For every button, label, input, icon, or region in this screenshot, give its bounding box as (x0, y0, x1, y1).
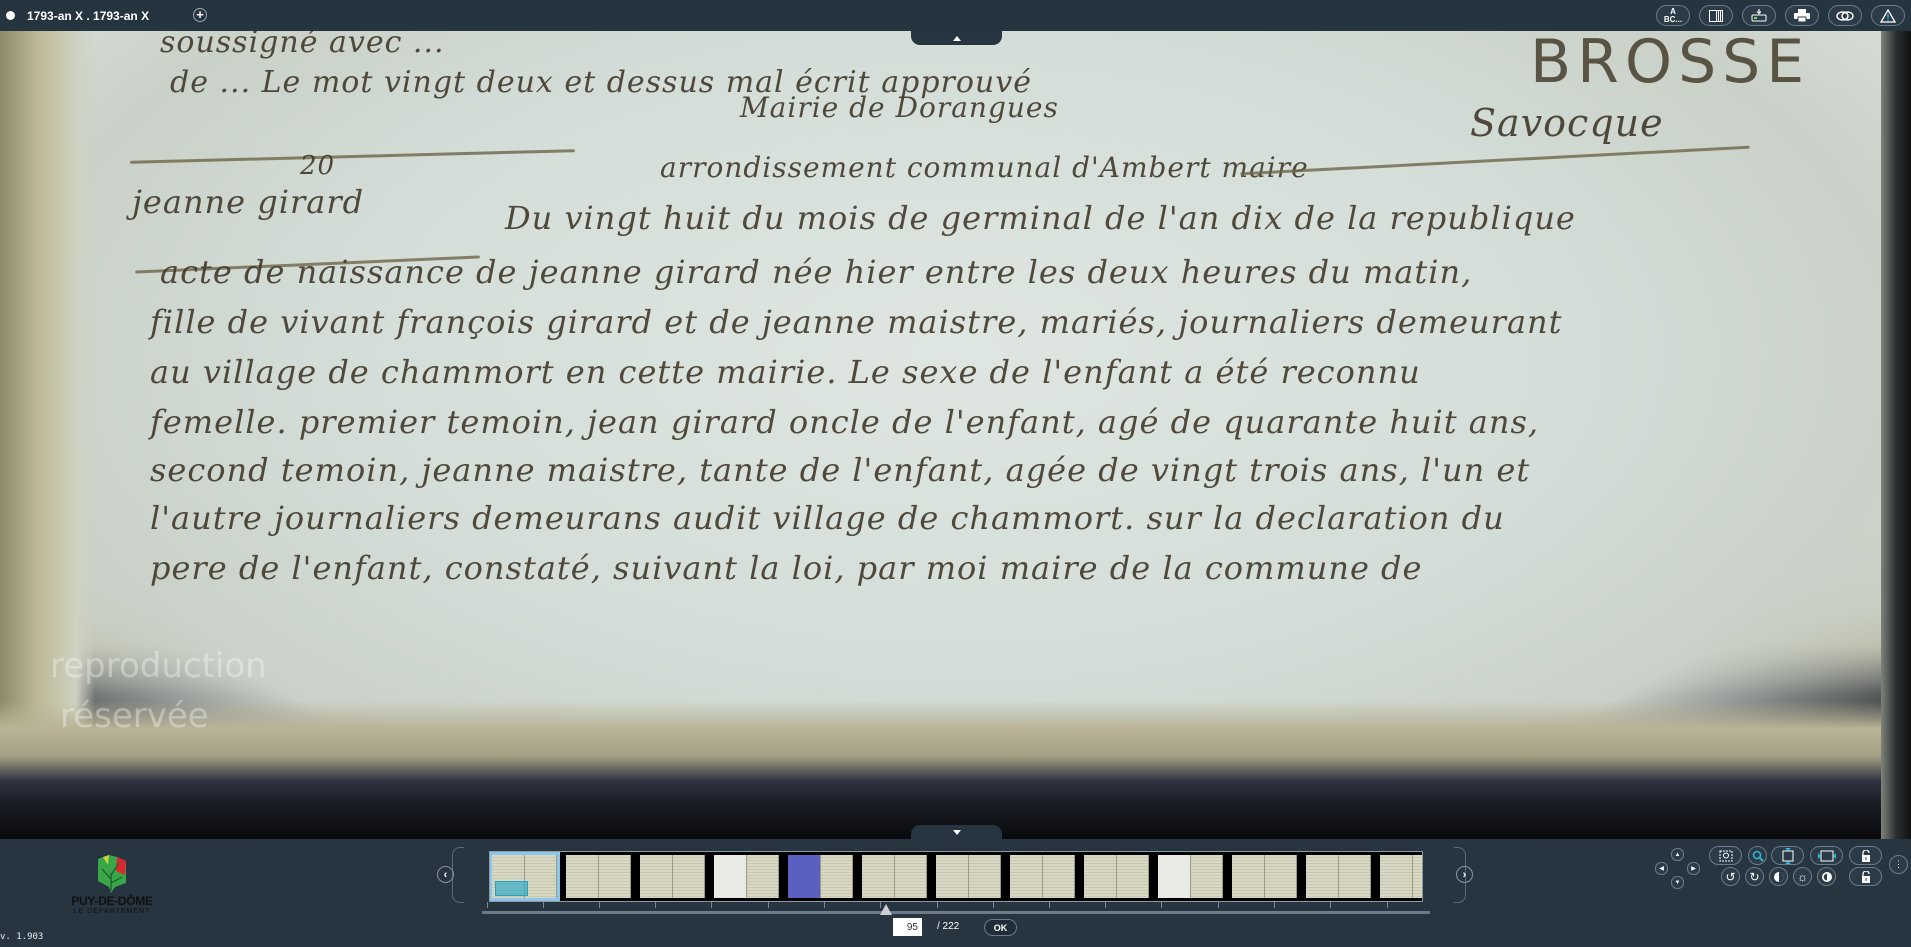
rotate-right-button[interactable]: ↻ (1745, 867, 1764, 886)
version-label: v. 1.903 (0, 932, 43, 942)
footer-bar: PUY-DE-DÔME LE DÉPARTEMENT v. 1.903 ‹ › … (0, 839, 1911, 947)
page-ticks (481, 902, 1431, 908)
chevron-right-icon: › (1463, 869, 1467, 881)
watermark-text: reproduction (50, 646, 267, 686)
arrow-left-icon: ◀ (1659, 865, 1664, 872)
underline-rule (1240, 146, 1749, 176)
puy-de-dome-logo: PUY-DE-DÔME LE DÉPARTEMENT (62, 853, 162, 923)
transcription-button[interactable]: A BC... (1656, 5, 1690, 26)
handwritten-line: l'autre journaliers demeurans audit vill… (150, 499, 1505, 537)
abc-text-icon: A BC... (1664, 8, 1682, 24)
rotate-left-button[interactable]: ↺ (1721, 867, 1740, 886)
thumbnail-4[interactable] (714, 855, 779, 898)
handwritten-line: femelle. premier temoin, jean girard onc… (150, 403, 1539, 441)
fit-height-icon (1781, 848, 1795, 864)
new-tab-button[interactable]: + (193, 8, 207, 22)
margin-name: jeanne girard (132, 183, 364, 221)
report-button[interactable] (1871, 5, 1905, 26)
pan-right-button[interactable]: ▶ (1687, 862, 1700, 875)
chevron-left-icon: ‹ (444, 869, 448, 881)
thumbnail-13[interactable] (1380, 855, 1423, 898)
logo-name: PUY-DE-DÔME (62, 894, 162, 908)
print-button[interactable] (1785, 5, 1819, 26)
handwritten-line: Mairie de Dorangues (740, 91, 1059, 124)
zoom-button[interactable] (1748, 846, 1767, 865)
link-button[interactable] (1828, 5, 1862, 26)
brightness-button[interactable]: ☼ (1793, 867, 1812, 886)
margin-entry-number: 20 (300, 151, 335, 181)
tab-status-dot-icon (6, 11, 15, 20)
handwritten-line: second temoin, jeanne maistre, tante de … (150, 451, 1530, 489)
pan-up-button[interactable]: ▲ (1671, 848, 1684, 861)
document-viewer[interactable]: soussigné avec ... de ... Le mot vingt d… (0, 31, 1911, 839)
contrast-button[interactable] (1769, 867, 1788, 886)
film-strip-icon (1709, 10, 1723, 22)
unlock-icon (1861, 850, 1871, 862)
watermark-text: réservée (60, 696, 209, 736)
thumbnail-11[interactable] (1232, 855, 1297, 898)
thumbnail-7[interactable] (936, 855, 1001, 898)
page-number-input[interactable] (893, 918, 922, 936)
handwritten-line: pere de l'enfant, constaté, suivant la l… (150, 549, 1422, 587)
viewport-indicator[interactable] (495, 881, 528, 896)
tree-leaf-logo-icon (95, 853, 129, 893)
handwritten-line: soussigné avec ... (160, 31, 445, 60)
document-tab-title[interactable]: 1793-an X . 1793-an X (27, 9, 149, 23)
next-thumbnails-button[interactable]: › (1456, 866, 1473, 883)
page-total: / 222 (937, 921, 959, 932)
thumbnail-10[interactable] (1158, 855, 1223, 898)
download-button[interactable] (1742, 5, 1776, 26)
chain-link-icon (1836, 10, 1854, 22)
zoom-selection-icon (1719, 850, 1733, 862)
pan-left-button[interactable]: ◀ (1655, 862, 1668, 875)
triangle-up-icon (953, 36, 961, 41)
page-right-edge (1881, 31, 1911, 839)
thumbnail-5[interactable] (788, 855, 853, 898)
signature: Savocque (1470, 101, 1664, 145)
warning-triangle-icon (1880, 9, 1896, 23)
thumbnail-9[interactable] (1084, 855, 1149, 898)
thumbnail-2[interactable] (566, 855, 631, 898)
underline-rule (130, 149, 575, 164)
thumbnail-6[interactable] (862, 855, 927, 898)
zoom-magnifier-icon (1752, 850, 1764, 862)
fit-height-button[interactable] (1771, 846, 1804, 865)
thumbnails-view-button[interactable] (1699, 5, 1733, 26)
invert-icon (1821, 871, 1833, 883)
thumbnail-12[interactable] (1306, 855, 1371, 898)
zoom-selection-button[interactable] (1709, 846, 1742, 865)
arrow-down-icon: ▼ (1675, 880, 1681, 886)
register-page-image: soussigné avec ... de ... Le mot vingt d… (0, 31, 1911, 839)
thumbnail-strip[interactable] (489, 851, 1423, 902)
triangle-down-icon (953, 830, 961, 835)
handwritten-line: acte de naissance de jeanne girard née h… (160, 253, 1472, 291)
invert-colors-button[interactable] (1817, 867, 1836, 886)
top-bar: 1793-an X . 1793-an X + A BC... (0, 0, 1911, 31)
toolbar: A BC... (1656, 5, 1905, 26)
page-slider-handle[interactable] (880, 904, 892, 915)
pan-down-button[interactable]: ▼ (1671, 876, 1684, 889)
arrow-right-icon: ▶ (1691, 865, 1696, 872)
handwritten-line: au village de chammort en cette mairie. … (150, 353, 1421, 391)
collapse-footer-handle[interactable] (911, 825, 1002, 839)
logo-subtitle: LE DÉPARTEMENT (62, 908, 162, 915)
plus-circle-icon: + (196, 7, 204, 22)
header-stamp: BROSSE (1530, 31, 1810, 97)
thumbnail-1[interactable] (492, 855, 557, 898)
arrow-up-icon: ▲ (1675, 852, 1681, 858)
handwritten-line: arrondissement communal d'Ambert maire (660, 151, 1309, 184)
contrast-icon (1773, 871, 1785, 883)
printer-icon (1794, 9, 1810, 22)
rotate-right-icon: ↻ (1749, 870, 1759, 884)
page-slider[interactable] (482, 911, 1430, 914)
thumbnail-3[interactable] (640, 855, 705, 898)
more-controls-button[interactable]: ⋮ (1889, 855, 1908, 874)
previous-thumbnails-button[interactable]: ‹ (437, 866, 454, 883)
collapse-toolbar-handle[interactable] (911, 31, 1002, 45)
lock-zoom-button[interactable] (1849, 846, 1882, 865)
unlock-icon (1861, 871, 1871, 883)
expand-more-icon: ⋮ (1894, 859, 1903, 870)
thumbnail-8[interactable] (1010, 855, 1075, 898)
download-icon (1751, 9, 1767, 22)
handwritten-line: fille de vivant françois girard et de je… (150, 303, 1562, 341)
page-bottom-edge (0, 701, 1911, 839)
rotate-left-icon: ↺ (1725, 870, 1735, 884)
fit-width-button[interactable] (1810, 846, 1843, 865)
fit-width-icon (1818, 850, 1836, 862)
handwritten-line: Du vingt huit du mois de germinal de l'a… (505, 199, 1576, 237)
brightness-icon: ☼ (1797, 870, 1808, 884)
go-to-page-button[interactable]: OK (984, 919, 1017, 936)
lock-adjustments-button[interactable] (1849, 867, 1882, 886)
